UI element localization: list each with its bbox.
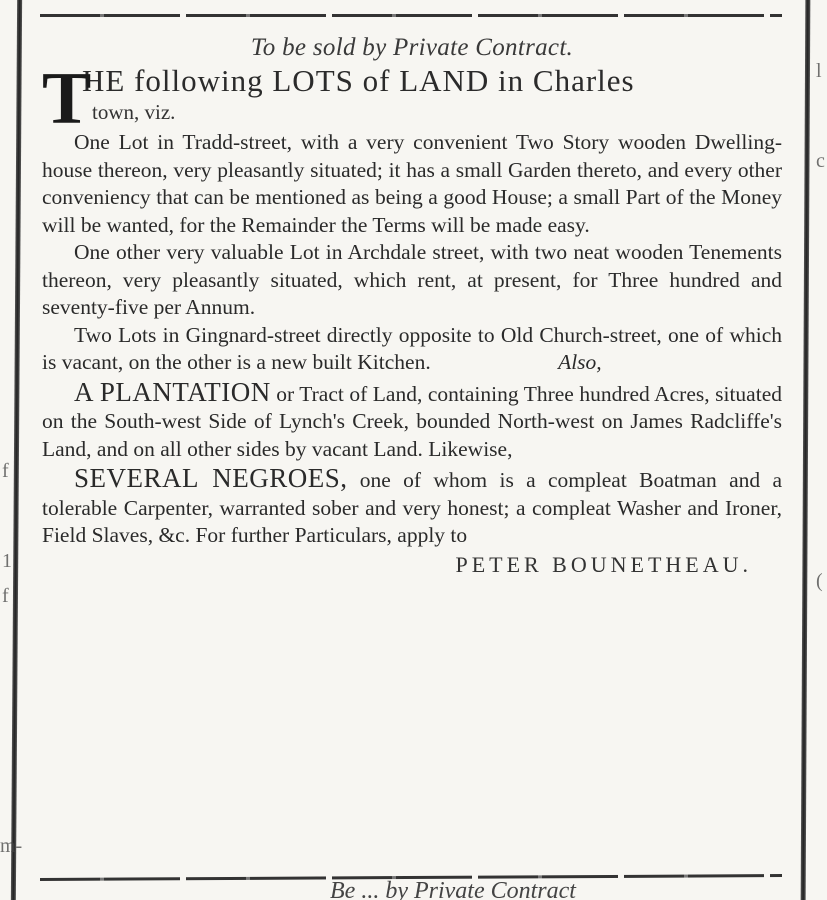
plantation-paragraph: A PLANTATION or Tract of Land, containin… [42, 377, 782, 464]
margin-fragment: f [2, 585, 9, 608]
plantation-lead: A PLANTATION [74, 377, 271, 407]
margin-fragment: ( [816, 570, 823, 593]
drop-cap: T [42, 66, 92, 132]
also-label: Also, [526, 349, 602, 377]
margin-fragment: l [816, 60, 822, 83]
ad-title-line1: HE following LOTS of LAND in Charles [82, 63, 635, 98]
margin-fragment: 1 [2, 550, 12, 573]
section-divider-top [40, 14, 782, 17]
margin-fragment: c [816, 150, 825, 173]
column-rule-right [801, 0, 811, 900]
ad-title-line2: town, viz. [42, 100, 782, 125]
lot-archdale-street: One other very valuable Lot in Archdale … [42, 239, 782, 322]
lots-gingnard-text: Two Lots in Gingnard-street directly opp… [42, 323, 782, 375]
ad-title: T HE following LOTS of LAND in Charles [42, 64, 782, 98]
next-ad-heading-partial: Be ... by Private Contract [330, 878, 576, 900]
ad-heading: To be sold by Private Contract. [42, 34, 782, 62]
margin-fragment: f [2, 460, 9, 483]
lot-tradd-street: One Lot in Tradd-street, with a very con… [42, 129, 782, 239]
column-rule-left [11, 0, 22, 900]
lots-gingnard-street: Two Lots in Gingnard-street directly opp… [42, 322, 782, 377]
negroes-lead: SEVERAL NEGROES, [74, 463, 347, 493]
land-sale-advertisement: To be sold by Private Contract. T HE fol… [42, 28, 782, 578]
margin-fragment: m- [0, 835, 22, 858]
advertiser-signature: PETER BOUNETHEAU. [42, 552, 782, 578]
negroes-paragraph: SEVERAL NEGROES, one of whom is a comple… [42, 463, 782, 550]
